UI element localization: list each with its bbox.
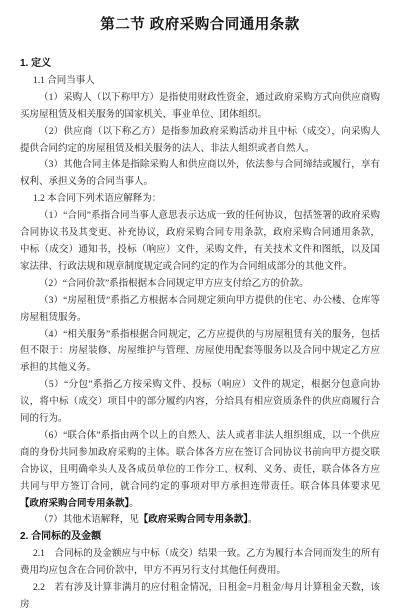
clause-text: 。 xyxy=(129,499,139,509)
bold-reference: 【政府采购合同专用条款】 xyxy=(20,499,129,509)
clause-paragraph: （5）“分包”系指乙方按采购文件、投标（响应）文件的规定，根据分包意向协议，将中… xyxy=(20,377,380,428)
clause-paragraph: （3）“房屋租赁”系指乙方根据本合同规定须向甲方提供的住宅、办公楼、仓库等房屋租… xyxy=(20,293,380,327)
clause-text: （1）采购人（以下称甲方）是指使用财政性资金，通过政府采购方式向供应商购买房屋租… xyxy=(20,93,380,120)
clause-text: （3）“房屋租赁”系指乙方根据本合同规定须向甲方提供的住宅、办公楼、仓库等房屋租… xyxy=(20,296,380,323)
clause-text: （1）“合同”系指合同当事人意思表示达成一致的任何协议，包括签署的政府采购合同协… xyxy=(20,211,380,272)
clause-text: 。 xyxy=(248,515,258,525)
clause-text: 2.2 若有涉及计算非满月的应付租金情况，日租金=月租金/每月计算租金天数，该房 xyxy=(20,583,380,610)
clause-paragraph: （3）其他合同主体是指除采购人和供应商以外，依法参与合同缔结或履行，享有权利、承… xyxy=(20,157,380,191)
clause-paragraph: （7）其他术语解释，见【政府采购合同专用条款】。 xyxy=(20,512,380,529)
clause-text: 1.2 本合同下列术语应解释为： xyxy=(33,194,161,204)
clause-text: （3）其他合同主体是指除采购人和供应商以外，依法参与合同缔结或履行，享有权利、承… xyxy=(20,160,380,187)
clause-subheading: 2.1 合同标的及金额应与中标（成交）结果一致。乙方为履行本合同而发生的所有费用… xyxy=(20,546,380,580)
document-title: 第二节 政府采购合同通用条款 xyxy=(20,16,380,35)
clause-subheading: 1.1 合同当事人 xyxy=(20,73,380,90)
clause-text: （2）供应商（以下称乙方）是指参加政府采购活动并且中标（成交），向采购人提供合同… xyxy=(20,127,380,154)
clause-paragraph: （2）“合同价款”系指根据本合同规定甲方应支付给乙方的价款。 xyxy=(20,276,380,293)
bold-reference: 【政府采购合同专用条款】 xyxy=(139,515,248,525)
clause-paragraph: （1）“合同”系指合同当事人意思表示达成一致的任何协议，包括签署的政府采购合同协… xyxy=(20,208,380,276)
clause-subheading: 1.2 本合同下列术语应解释为： xyxy=(20,191,380,208)
clause-text: （2）“合同价款”系指根据本合同规定甲方应支付给乙方的价款。 xyxy=(39,279,309,289)
clause-text: （6）“联合体”系指由两个以上的自然人、法人或者非法人组织组成，以一个供应商的身… xyxy=(20,431,380,492)
document-body: 1. 定义1.1 合同当事人（1）采购人（以下称甲方）是指使用财政性资金，通过政… xyxy=(20,56,380,614)
clause-text: （5）“分包”系指乙方按采购文件、投标（响应）文件的规定，根据分包意向协议，将中… xyxy=(20,380,380,424)
clause-subheading: 2.2 若有涉及计算非满月的应付租金情况，日租金=月租金/每月计算租金天数，该房 xyxy=(20,580,380,614)
clause-text: 1.1 合同当事人 xyxy=(33,76,95,86)
section-heading: 2. 合同标的及金额 xyxy=(20,529,380,546)
clause-paragraph: （2）供应商（以下称乙方）是指参加政府采购活动并且中标（成交），向采购人提供合同… xyxy=(20,124,380,158)
clause-text: （7）其他术语解释，见 xyxy=(39,515,139,525)
clause-paragraph: （1）采购人（以下称甲方）是指使用财政性资金，通过政府采购方式向供应商购买房屋租… xyxy=(20,90,380,124)
clause-paragraph: （6）“联合体”系指由两个以上的自然人、法人或者非法人组织组成，以一个供应商的身… xyxy=(20,428,380,513)
section-heading: 1. 定义 xyxy=(20,56,380,73)
clause-paragraph: （4）“相关服务”系指根据合同规定，乙方应提供的与房屋租赁有关的服务，包括但不限… xyxy=(20,327,380,378)
clause-text: （4）“相关服务”系指根据合同规定，乙方应提供的与房屋租赁有关的服务，包括但不限… xyxy=(20,330,380,374)
document-page: 第二节 政府采购合同通用条款 1. 定义1.1 合同当事人（1）采购人（以下称甲… xyxy=(0,0,401,614)
clause-text: 2.1 合同标的及金额应与中标（成交）结果一致。乙方为履行本合同而发生的所有费用… xyxy=(20,549,380,576)
